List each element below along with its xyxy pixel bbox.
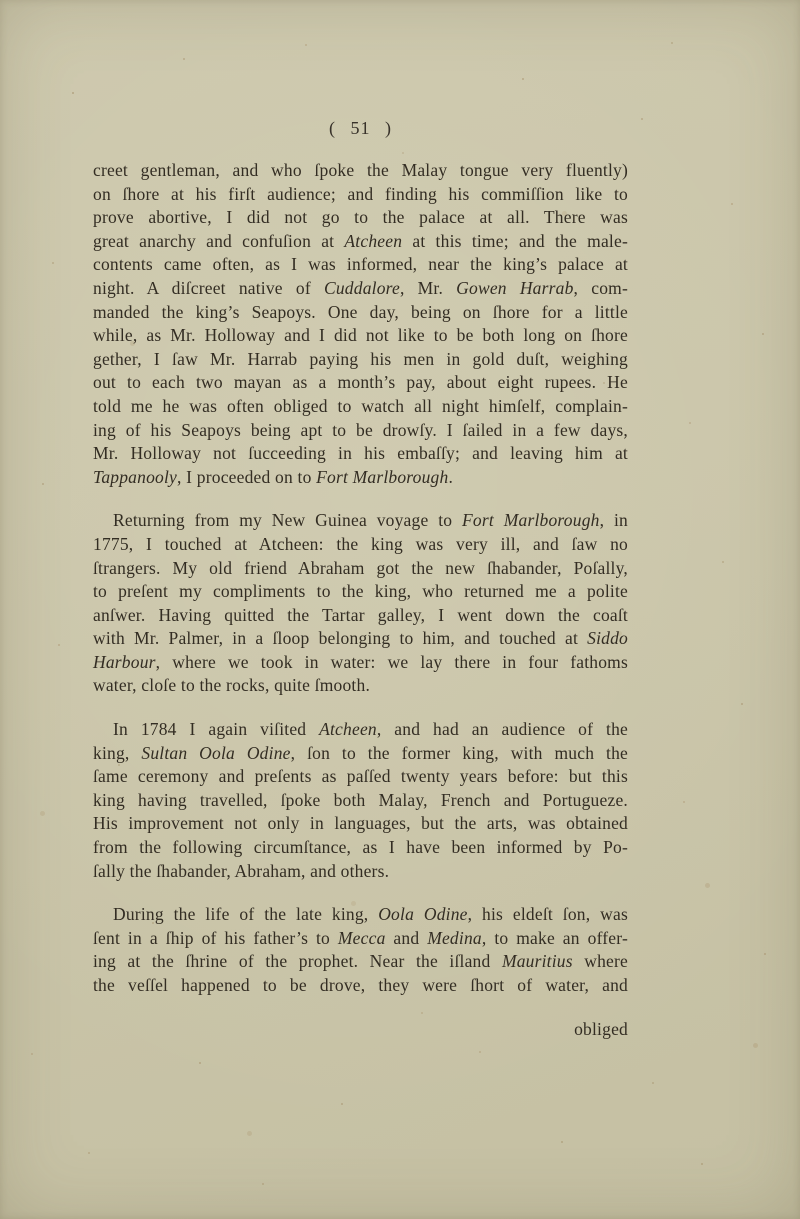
text-segment: prove abortive, I did not go to the pala…	[93, 207, 628, 227]
italic-text: Sultan Oola Odine	[141, 743, 290, 763]
text-segment: , and had an audience of the	[377, 719, 628, 739]
text-line: with Mr. Palmer, in a ſloop belonging to…	[93, 627, 628, 651]
text-segment: out to each two mayan as a month’s pay, …	[93, 372, 628, 392]
text-segment: Returning from my New Guinea voyage to	[113, 510, 462, 530]
text-segment: night. A diſcreet native of	[93, 278, 324, 298]
text-segment: water, cloſe to the rocks, quite ſmooth.	[93, 675, 370, 695]
paragraph: In 1784 I again viſited Atcheen, and had…	[93, 718, 628, 883]
text-line: prove abortive, I did not go to the pala…	[93, 206, 628, 230]
text-segment: contents came often, as I was informed, …	[93, 254, 628, 274]
text-line: contents came often, as I was informed, …	[93, 253, 628, 277]
text-segment: In 1784 I again viſited	[113, 719, 319, 739]
text-segment: , Mr.	[400, 278, 456, 298]
text-segment: king having travelled, ſpoke both Malay,…	[93, 790, 628, 810]
text-segment: creet gentleman, and who ſpoke the Malay…	[93, 160, 628, 180]
text-segment: ſally the ſhabander, Abraham, and others…	[93, 861, 389, 881]
text-segment: where	[573, 951, 628, 971]
text-line: 1775, I touched at Atcheen: the king was…	[93, 533, 628, 557]
text-segment: the veſſel happened to be drove, they we…	[93, 975, 628, 995]
text-segment: manded the king’s Seapoys. One day, bein…	[93, 302, 628, 322]
text-segment: and	[386, 928, 428, 948]
text-line: ſally the ſhabander, Abraham, and others…	[93, 860, 628, 884]
text-segment: , I proceeded on to	[177, 467, 316, 487]
text-line: In 1784 I again viſited Atcheen, and had…	[93, 718, 628, 742]
italic-text: Fort Marlborough	[462, 510, 600, 530]
italic-text: Tappanooly	[93, 467, 177, 487]
italic-text: Siddo	[587, 628, 628, 648]
text-line: creet gentleman, and who ſpoke the Malay…	[93, 159, 628, 183]
text-line: Mr. Holloway not ſucceeding in his embaſ…	[93, 442, 628, 466]
italic-text: Gowen Harrab	[456, 278, 573, 298]
paragraph: Returning from my New Guinea voyage to F…	[93, 509, 628, 698]
text-segment: from the following circumſtance, as I ha…	[93, 837, 628, 857]
text-line: out to each two mayan as a month’s pay, …	[93, 371, 628, 395]
text-segment: ſent in a ſhip of his father’s to	[93, 928, 338, 948]
text-segment: 1775, I touched at Atcheen: the king was…	[93, 534, 628, 554]
text-segment: ſtrangers. My old friend Abraham got the…	[93, 558, 628, 578]
italic-text: Atcheen	[344, 231, 402, 251]
text-line: ſame ceremony and preſents as paſſed twe…	[93, 765, 628, 789]
italic-text: Mecca	[338, 928, 386, 948]
text-segment: His improvement not only in languages, b…	[93, 813, 628, 833]
text-segment: while, as Mr. Holloway and I did not lik…	[93, 325, 628, 345]
text-line: anſwer. Having quitted the Tartar galley…	[93, 604, 628, 628]
italic-text: Cuddalore	[324, 278, 400, 298]
text-segment: , com-	[574, 278, 628, 298]
paper-texture	[0, 0, 3, 3]
text-segment: ing at the ſhrine of the prophet. Near t…	[93, 951, 502, 971]
text-segment: , his eldeſt ſon, was	[468, 904, 628, 924]
text-segment: , ſon to the former king, with much the	[291, 743, 628, 763]
catchword: obliged	[93, 1018, 628, 1042]
text-segment: with Mr. Palmer, in a ſloop belonging to…	[93, 628, 587, 648]
text-line: manded the king’s Seapoys. One day, bein…	[93, 301, 628, 325]
text-segment: on ſhore at his firſt audience; and find…	[93, 184, 628, 204]
text-line: Returning from my New Guinea voyage to F…	[93, 509, 628, 533]
italic-text: Medina	[427, 928, 482, 948]
text-segment: , in	[600, 510, 628, 530]
italic-text: Mauritius	[502, 951, 573, 971]
text-line: while, as Mr. Holloway and I did not lik…	[93, 324, 628, 348]
text-line: told me he was often obliged to watch al…	[93, 395, 628, 419]
text-line: gether, I ſaw Mr. Harrab paying his men …	[93, 348, 628, 372]
text-segment: , where we took in water: we lay there i…	[156, 652, 628, 672]
text-segment: at this time; and the male-	[402, 231, 628, 251]
italic-text: Fort Marlborough	[316, 467, 448, 487]
page-text: creet gentleman, and who ſpoke the Malay…	[93, 159, 628, 1041]
italic-text: Oola Odine	[378, 904, 467, 924]
text-line: to preſent my compliments to the king, w…	[93, 580, 628, 604]
text-segment: told me he was often obliged to watch al…	[93, 396, 628, 416]
text-segment: anſwer. Having quitted the Tartar galley…	[93, 605, 628, 625]
text-line: the veſſel happened to be drove, they we…	[93, 974, 628, 998]
paper-texture	[0, 0, 2, 2]
text-segment: , to make an offer-	[482, 928, 628, 948]
text-line: ing at the ſhrine of the prophet. Near t…	[93, 950, 628, 974]
text-line: Tappanooly, I proceeded on to Fort Marlb…	[93, 466, 628, 490]
page-number: ( 51 )	[93, 118, 628, 139]
text-line: on ſhore at his firſt audience; and find…	[93, 183, 628, 207]
text-line: ing of his Seapoys being apt to be drowſ…	[93, 419, 628, 443]
text-segment: ing of his Seapoys being apt to be drowſ…	[93, 420, 628, 440]
text-line: Harbour, where we took in water: we lay …	[93, 651, 628, 675]
text-segment: to preſent my compliments to the king, w…	[93, 581, 628, 601]
text-line: great anarchy and confuſion at Atcheen a…	[93, 230, 628, 254]
text-line: During the life of the late king, Oola O…	[93, 903, 628, 927]
text-line: ſent in a ſhip of his father’s to Mecca …	[93, 927, 628, 951]
book-page: ( 51 ) creet gentleman, and who ſpoke th…	[0, 0, 800, 1219]
text-line: king, Sultan Oola Odine, ſon to the form…	[93, 742, 628, 766]
text-line: night. A diſcreet native of Cuddalore, M…	[93, 277, 628, 301]
text-segment: .	[448, 467, 453, 487]
italic-text: Harbour	[93, 652, 156, 672]
text-line: from the following circumſtance, as I ha…	[93, 836, 628, 860]
text-segment: During the life of the late king,	[113, 904, 378, 924]
text-line: ſtrangers. My old friend Abraham got the…	[93, 557, 628, 581]
text-line: king having travelled, ſpoke both Malay,…	[93, 789, 628, 813]
text-line: water, cloſe to the rocks, quite ſmooth.	[93, 674, 628, 698]
text-segment: Mr. Holloway not ſucceeding in his embaſ…	[93, 443, 628, 463]
paragraph: creet gentleman, and who ſpoke the Malay…	[93, 159, 628, 489]
text-line: His improvement not only in languages, b…	[93, 812, 628, 836]
text-segment: ſame ceremony and preſents as paſſed twe…	[93, 766, 628, 786]
italic-text: Atcheen	[319, 719, 377, 739]
text-segment: great anarchy and confuſion at	[93, 231, 344, 251]
text-segment: gether, I ſaw Mr. Harrab paying his men …	[93, 349, 628, 369]
text-segment: king,	[93, 743, 141, 763]
paragraph: During the life of the late king, Oola O…	[93, 903, 628, 997]
